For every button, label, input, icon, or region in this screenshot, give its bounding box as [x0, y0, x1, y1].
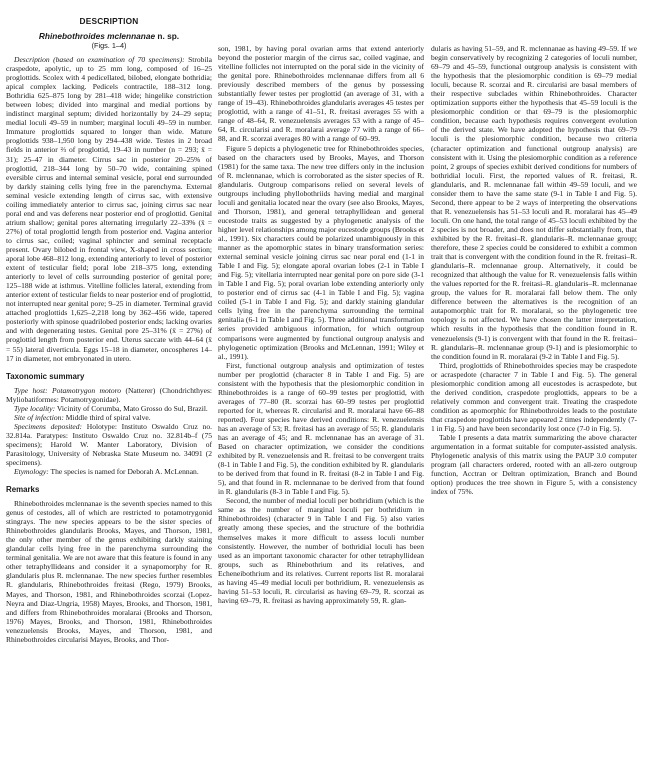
description-paragraph: Description (based on examination of 70 … [6, 55, 212, 363]
description-lead: Description (based on examination of 70 … [14, 55, 185, 64]
entry-label: Type locality: [14, 404, 55, 413]
remarks-paragraph-4: Second, the number of medial loculi per … [218, 496, 424, 605]
document-page: DESCRIPTION Rhinebothroides mclennanae n… [0, 0, 648, 764]
species-name: Rhinebothroides mclennanae [39, 31, 155, 41]
type-locality-entry: Type locality: Vicinity of Corumba, Mato… [6, 404, 212, 413]
remarks-paragraph-3: First, functional outgroup analysis and … [218, 361, 424, 497]
entry-label: Type host: [14, 386, 48, 395]
figures-reference: (Figs. 1–4) [6, 41, 212, 51]
entry-value: Middle third of spiral valve. [64, 413, 151, 422]
entry-italic-value: Potamotrygon motoro [52, 386, 121, 395]
remarks-heading: Remarks [6, 485, 212, 495]
taxonomic-summary-heading: Taxonomic summary [6, 372, 212, 382]
entry-label: Specimens deposited: [14, 422, 82, 431]
remarks-paragraph-4-continued: dularis as having 51–59, and R. mclennan… [431, 44, 637, 361]
species-suffix: n. sp. [155, 31, 179, 41]
remarks-paragraph-6: Table I presents a data matrix summarizi… [431, 433, 637, 496]
site-of-infection-entry: Site of infection: Middle third of spira… [6, 413, 212, 422]
remarks-paragraph-1-continued: son, 1981, by having poral ovarian arms … [218, 44, 424, 144]
specimens-deposited-entry: Specimens deposited: Holotype: Instituto… [6, 422, 212, 467]
entry-value: The species is named for Deborah A. McLe… [49, 467, 199, 476]
column-right: dularis as having 51–59, and R. mclennan… [431, 44, 637, 496]
species-title: Rhinebothroides mclennanae n. sp. [6, 31, 212, 41]
entry-label: Etymology: [14, 467, 49, 476]
entry-value: Vicinity of Corumba, Mato Grosso do Sul,… [55, 404, 208, 413]
column-left: DESCRIPTION Rhinebothroides mclennanae n… [6, 16, 212, 644]
remarks-paragraph-1: Rhinebothroides mclennanae is the sevent… [6, 499, 212, 644]
section-title: DESCRIPTION [6, 16, 212, 26]
type-host-entry: Type host: Potamotrygon motoro (Natterer… [6, 386, 212, 404]
remarks-paragraph-5: Third, proglottids of Rhinebothroides sp… [431, 361, 637, 433]
remarks-paragraph-2: Figure 5 depicts a phylogenetic tree for… [218, 144, 424, 361]
column-middle: son, 1981, by having poral ovarian arms … [218, 44, 424, 605]
description-text: Strobila craspedote, apolytic, up to 25 … [6, 55, 212, 363]
entry-label: Site of infection: [14, 413, 64, 422]
etymology-entry: Etymology: The species is named for Debo… [6, 467, 212, 476]
